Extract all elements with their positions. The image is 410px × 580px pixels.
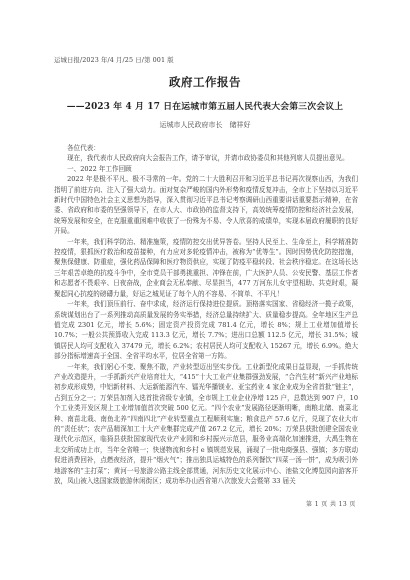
body-paragraph: 2022 年是极不平凡、极不寻常的一年。党的二十大胜利召开和习近平总书记再次视察… xyxy=(54,174,358,236)
document-page: 运城日报/2023 年/4 月/25 日/第 001 版 政府工作报告 ——20… xyxy=(0,0,410,580)
section-heading: 一、2022 年工作回顾 xyxy=(54,164,358,174)
body-paragraph: 一年来，我们顶压前行、奋中求成，经济运行保持进位提质。顶格落实国家、省稳经济一揽… xyxy=(54,299,358,361)
body-paragraph: 一年来，我们科学防治、精准施策，疫情防控交出优异答卷。坚持人民至上、生命至上，科… xyxy=(54,237,358,299)
document-body: 各位代表： 现在，我代表市人民政府向大会报告工作，请予审议，并请市政协委员和其他… xyxy=(54,143,358,486)
body-paragraph: 一年来，我们躬心不变、聚焦不散，产业转型迈出坚实步伐。工业新型化成果日益显现，一… xyxy=(54,362,358,487)
body-paragraph: 现在，我代表市人民政府向大会报告工作，请予审议，并请市政协委员和其他列席人员提出… xyxy=(54,153,358,163)
document-subtitle: ——2023 年 4 月 17 日在运城市第五届人民代表大会第三次会议上 xyxy=(0,99,410,112)
document-author: 运城市人民政府市长 储祥好 xyxy=(0,120,410,130)
salutation: 各位代表： xyxy=(54,143,358,153)
page-number: 第 1 页 共 13 页 xyxy=(306,499,356,508)
newspaper-source-line: 运城日报/2023 年/4 月/25 日/第 001 版 xyxy=(54,55,174,64)
document-title: 政府工作报告 xyxy=(0,74,410,90)
